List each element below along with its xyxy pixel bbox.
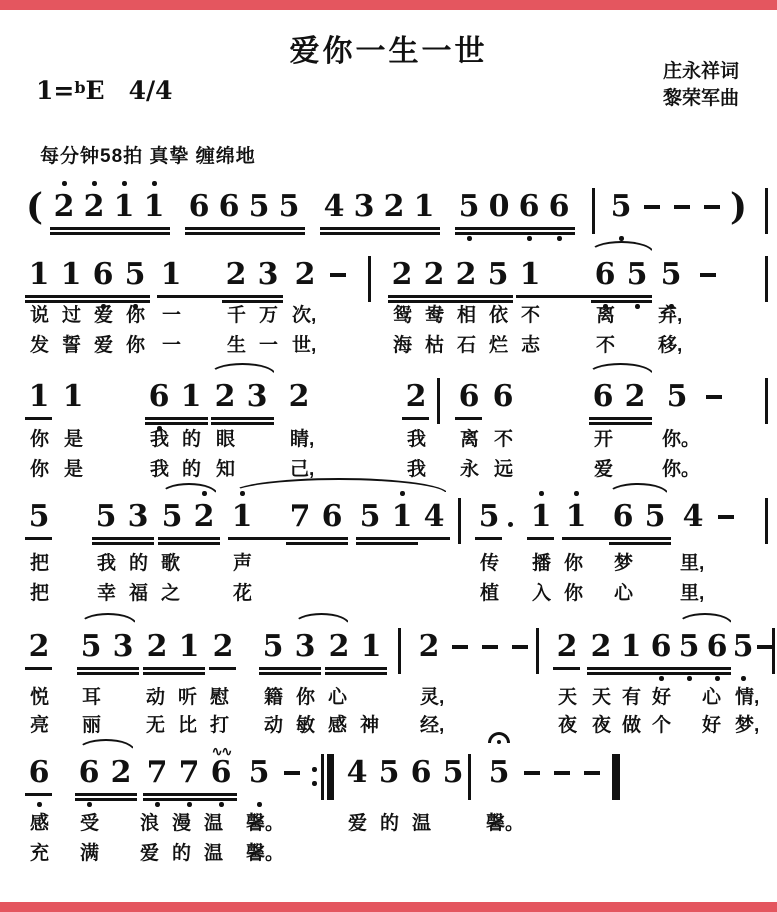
lyric-syllable: 爱 [94, 300, 113, 327]
beam-line [143, 672, 205, 675]
note-digit: 5 [623, 258, 651, 292]
lyric-syllable: 天 [592, 682, 611, 709]
beam-line [157, 295, 283, 298]
lyric-syllable: 声 [233, 548, 252, 575]
note-digit: 6 [455, 380, 483, 414]
lyric-syllable: 的 [129, 548, 148, 575]
note-digit: 5 [121, 258, 149, 292]
note-digit: 5 [607, 190, 635, 224]
note-digit: 1 [110, 190, 138, 224]
repeat-sign-part [321, 754, 324, 800]
lyric-syllable: 比 [178, 710, 197, 737]
note-digit: 6 [647, 630, 675, 664]
lyric-syllable: 梦 [614, 548, 633, 575]
note-digit: 5 [158, 500, 186, 534]
lyric-syllable: 天 [558, 682, 577, 709]
octave-dot-low [557, 236, 562, 241]
intro-parenthesis: ( [26, 186, 43, 228]
note-digit: 6∿∿ [207, 756, 235, 790]
time-signature: 4/4 [129, 76, 173, 105]
lyric-syllable: 不 [521, 300, 540, 327]
beam-line [50, 232, 170, 235]
beam-line [92, 542, 154, 545]
beam-line [145, 417, 208, 420]
barline [765, 498, 768, 544]
final-barline [612, 754, 620, 800]
beam-line [25, 417, 52, 420]
lyric-syllable: 之 [161, 578, 180, 605]
duration-dash [706, 395, 722, 399]
lyric-syllable: 经, [420, 710, 444, 737]
octave-dot-low [635, 304, 640, 309]
octave-dot-low [687, 676, 692, 681]
key-signature: 1=bE4/4 [36, 76, 173, 105]
beam-line [647, 672, 731, 675]
octave-dot-low [715, 676, 720, 681]
duration-dash [330, 273, 346, 277]
note-digit: 5 [92, 500, 120, 534]
note-digit: 2 [209, 630, 237, 664]
lyric-syllable: 爱 [140, 838, 159, 865]
note-digit: 4 [320, 190, 348, 224]
barline [765, 188, 768, 234]
octave-dot-low [257, 802, 262, 807]
lyric-syllable: 感 [30, 808, 49, 835]
lyric-syllable: 温 [412, 808, 431, 835]
note-digit: 5 [439, 756, 467, 790]
octave-dot-low [219, 802, 224, 807]
lyric-syllable: 生 [227, 330, 246, 357]
lyric-syllable: 万 [259, 300, 278, 327]
note-digit: 6 [318, 500, 346, 534]
octave-dot-low [527, 236, 532, 241]
barline [536, 628, 539, 674]
note-digit: 2 [211, 380, 239, 414]
lyric-syllable: 动 [146, 682, 165, 709]
lyric-syllable: 夜 [592, 710, 611, 737]
lyric-syllable: 你 [30, 424, 49, 451]
beam-line [516, 295, 652, 298]
lyric-syllable: 温 [204, 808, 223, 835]
lyric-syllable: 你 [564, 548, 583, 575]
lyric-syllable: 入 [532, 578, 551, 605]
lyric-syllable: 过 [62, 300, 81, 327]
beam-line [143, 667, 205, 670]
beam-line [77, 672, 139, 675]
beam-line [25, 667, 52, 670]
lyric-syllable: 离 [460, 424, 479, 451]
note-digit: 3 [254, 258, 282, 292]
note-digit: 6 [515, 190, 543, 224]
lyric-syllable: 是 [64, 454, 83, 481]
lyric-syllable: 做 [622, 710, 641, 737]
key-prefix: 1= [36, 76, 74, 105]
lyric-syllable: 植 [480, 578, 499, 605]
note-digit: 2 [190, 500, 218, 534]
octave-dot-low [467, 236, 472, 241]
barline [592, 188, 595, 234]
note-digit: 1 [562, 500, 590, 534]
lyric-syllable: 的 [380, 808, 399, 835]
beam-line [143, 793, 237, 796]
note-digit: 2 [388, 258, 416, 292]
lyric-syllable: 神 [360, 710, 379, 737]
lyric-syllable: 个 [652, 710, 671, 737]
note-digit: 2 [80, 190, 108, 224]
lyric-syllable: 馨。 [246, 808, 284, 835]
lyric-syllable: 烂 [489, 330, 508, 357]
lyric-syllable: 不 [596, 330, 615, 357]
repeat-sign-part [312, 781, 317, 786]
note-digit: 1 [228, 500, 256, 534]
lyric-syllable: 敏 [296, 710, 315, 737]
lyric-syllable: 感 [328, 710, 347, 737]
barline [765, 378, 768, 424]
lyric-syllable: 福 [129, 578, 148, 605]
octave-dot-low [37, 802, 42, 807]
lyric-syllable: 眼 [216, 424, 235, 451]
beam-line [587, 667, 647, 670]
lyric-syllable: 依 [489, 300, 508, 327]
note-digit: 6 [609, 500, 637, 534]
note-digit: 3 [124, 500, 152, 534]
octave-dot-low [187, 802, 192, 807]
lyric-syllable: 把 [30, 578, 49, 605]
lyric-syllable: 你。 [662, 424, 700, 451]
lyric-syllable: 移, [658, 330, 682, 357]
octave-dot-high [574, 491, 579, 496]
lyric-syllable: 相 [457, 300, 476, 327]
note-digit: 2 [621, 380, 649, 414]
note-digit: 5 [25, 500, 53, 534]
note-digit: 2 [285, 380, 313, 414]
lyric-syllable: 心 [702, 682, 721, 709]
note-digit: 5 [245, 190, 273, 224]
lyric-syllable: 满 [80, 838, 99, 865]
note-digit: 2 [107, 756, 135, 790]
beam-line [158, 537, 220, 540]
note-digit: 5 [485, 756, 513, 790]
note-digit: 2 [222, 258, 250, 292]
beam-line [77, 667, 139, 670]
note-digit: 6 [703, 630, 731, 664]
lyric-syllable: 心 [614, 578, 633, 605]
note-digit: 5 [77, 630, 105, 664]
lyric-syllable: 知 [216, 454, 235, 481]
slur-arc [587, 363, 654, 375]
note-digit: 1 [59, 380, 87, 414]
slur-arc [209, 363, 276, 375]
lyric-syllable: 籍 [264, 682, 283, 709]
note-digit: 1 [57, 258, 85, 292]
lyric-syllable: 幸 [97, 578, 116, 605]
lyric-syllable: 灵, [420, 682, 444, 709]
beam-line [185, 227, 305, 230]
lyric-syllable: 充 [30, 838, 49, 865]
duration-dash [718, 515, 734, 519]
lyric-syllable: 无 [146, 710, 165, 737]
lyric-syllable: 歌 [161, 548, 180, 575]
lyric-syllable: 爱 [94, 330, 113, 357]
beam-line [562, 537, 671, 540]
note-digit: 6 [545, 190, 573, 224]
duration-dash [524, 771, 540, 775]
octave-dot-low [659, 676, 664, 681]
duration-dash [452, 645, 468, 649]
augmentation-dot [508, 522, 513, 527]
note-digit: 5 [455, 190, 483, 224]
lyric-syllable: 梦, [735, 710, 759, 737]
lyric-syllable: 誓 [62, 330, 81, 357]
lyric-syllable: 好 [652, 682, 671, 709]
note-digit: 2 [380, 190, 408, 224]
beam-line [455, 232, 575, 235]
note-digit: 5 [375, 756, 403, 790]
note-digit: 3 [350, 190, 378, 224]
note-digit: 1 [140, 190, 168, 224]
beam-line [609, 542, 671, 545]
note-digit: 6 [215, 190, 243, 224]
note-digit: 1 [516, 258, 544, 292]
duration-dash [284, 771, 300, 775]
note-digit: 1 [527, 500, 555, 534]
note-digit: 2 [143, 630, 171, 664]
lyric-syllable: 志 [521, 330, 540, 357]
beam-line [356, 542, 418, 545]
beam-line [320, 227, 440, 230]
lyric-syllable: 漫 [172, 808, 191, 835]
lyric-syllable: 鸳 [393, 300, 412, 327]
note-digit: 6 [145, 380, 173, 414]
note-digit: 1 [25, 258, 53, 292]
note-digit: 2 [420, 258, 448, 292]
duration-dash [700, 273, 716, 277]
lyric-syllable: 听 [178, 682, 197, 709]
lyric-syllable: 己, [290, 454, 314, 481]
beam-line [75, 798, 137, 801]
beam-line [228, 537, 348, 540]
note-digit: 2 [452, 258, 480, 292]
note-digit: 7 [286, 500, 314, 534]
lyric-syllable: 一 [259, 330, 278, 357]
note-digit: 5 [356, 500, 384, 534]
lyric-syllable: 发 [30, 330, 49, 357]
lyric-syllable: 传 [480, 548, 499, 575]
duration-dash [704, 205, 720, 209]
beam-line [647, 667, 731, 670]
beam-line [209, 667, 236, 670]
lyric-syllable: 次, [292, 300, 316, 327]
lyric-syllable: 你 [564, 578, 583, 605]
lyric-syllable: 枯 [425, 330, 444, 357]
lyric-syllable: 一 [162, 300, 181, 327]
lyric-syllable: 你 [126, 330, 145, 357]
beam-line [325, 672, 387, 675]
barline [398, 628, 401, 674]
slur-arc [79, 613, 137, 625]
beam-line [75, 793, 137, 796]
slur-arc [589, 241, 654, 253]
duration-dash [584, 771, 600, 775]
note-digit: 6 [25, 756, 53, 790]
octave-dot-high [400, 491, 405, 496]
lyric-syllable: 是 [64, 424, 83, 451]
octave-dot-high [92, 181, 97, 186]
note-digit: 6 [489, 380, 517, 414]
beam-line [25, 793, 52, 796]
note-digit: 3 [109, 630, 137, 664]
lyric-syllable: 你 [30, 454, 49, 481]
note-digit: 5 [641, 500, 669, 534]
note-digit: 5 [259, 630, 287, 664]
barline [458, 498, 461, 544]
lyric-syllable: 不 [494, 424, 513, 451]
duration-dash [482, 645, 498, 649]
lyric-syllable: 里, [680, 578, 704, 605]
note-digit: 1 [157, 258, 185, 292]
note-digit: 2 [25, 630, 53, 664]
slur-arc [77, 739, 135, 751]
note-digit: 2 [553, 630, 581, 664]
note-digit: 1 [177, 380, 205, 414]
lyric-syllable: 我 [97, 548, 116, 575]
lyric-syllable: 有 [622, 682, 641, 709]
slur-arc [677, 613, 733, 625]
composer-credit: 黎荣军曲 [663, 85, 739, 112]
lyric-syllable: 里, [680, 548, 704, 575]
note-digit: 2 [587, 630, 615, 664]
note-digit: 5 [663, 380, 691, 414]
beam-line [320, 232, 440, 235]
credits: 庄永祥词 黎荣军曲 [663, 58, 739, 112]
lyric-syllable: 开 [594, 424, 613, 451]
note-digit: 1 [175, 630, 203, 664]
beam-line [185, 232, 305, 235]
octave-dot-high [152, 181, 157, 186]
song-title: 爱你一生一世 [0, 26, 777, 70]
note-digit: 1 [357, 630, 385, 664]
lyric-syllable: 石 [457, 330, 476, 357]
barline [368, 256, 371, 302]
note-digit: 3 [291, 630, 319, 664]
lyric-syllable: 你。 [662, 454, 700, 481]
beam-line [455, 417, 482, 420]
duration-dash [757, 645, 773, 649]
beam-line [587, 672, 647, 675]
beam-line [325, 667, 387, 670]
note-digit: 5 [729, 630, 757, 664]
beam-line [527, 537, 554, 540]
lyric-syllable: 的 [182, 424, 201, 451]
note-digit: 2 [415, 630, 443, 664]
octave-dot-low [155, 802, 160, 807]
lyric-syllable: 浪 [140, 808, 159, 835]
beam-line [475, 537, 502, 540]
lyric-syllable: 馨。 [486, 808, 524, 835]
octave-dot-low [741, 676, 746, 681]
lyric-syllable: 一 [162, 330, 181, 357]
slur-arc [607, 483, 669, 495]
sheet-music-page: 爱你一生一世 庄永祥词 黎荣军曲 1=bE4/4 每分钟58拍 真挚 缠绵地 (… [0, 0, 777, 912]
lyric-syllable: 夜 [558, 710, 577, 737]
note-digit: 1 [25, 380, 53, 414]
note-digit: 6 [591, 258, 619, 292]
beam-line [25, 537, 52, 540]
note-digit: 7 [175, 756, 203, 790]
lyric-syllable: 心 [328, 682, 347, 709]
note-digit: 5 [657, 258, 685, 292]
barline [437, 378, 440, 424]
lyric-syllable: 馨。 [246, 838, 284, 865]
top-border-bar [0, 0, 777, 10]
beam-line [92, 537, 154, 540]
lyric-syllable: 爱 [594, 454, 613, 481]
lyric-syllable: 你 [296, 682, 315, 709]
note-digit: 6 [185, 190, 213, 224]
lyric-syllable: 亮 [30, 710, 49, 737]
note-digit: 1 [617, 630, 645, 664]
barline [468, 754, 471, 800]
beam-line [143, 798, 237, 801]
lyric-syllable: 永 [460, 454, 479, 481]
beam-line [286, 542, 348, 545]
octave-dot-high [539, 491, 544, 496]
note-digit: 4 [420, 500, 448, 534]
beam-line [259, 667, 321, 670]
lyric-syllable: 好 [702, 710, 721, 737]
lyric-syllable: 你 [126, 300, 145, 327]
lyric-syllable: 播 [532, 548, 551, 575]
note-digit: 6 [589, 380, 617, 414]
note-digit: 4 [679, 500, 707, 534]
bottom-border-bar [0, 902, 777, 912]
beam-line [259, 672, 321, 675]
octave-dot-high [202, 491, 207, 496]
octave-dot-high [62, 181, 67, 186]
lyric-syllable: 我 [407, 454, 426, 481]
beam-line [356, 537, 450, 540]
duration-dash [674, 205, 690, 209]
beam-line [158, 542, 220, 545]
note-digit: 2 [325, 630, 353, 664]
lyric-syllable: 受 [80, 808, 99, 835]
tempo-marking: 每分钟58拍 真挚 缠绵地 [40, 141, 256, 168]
key-note: E [86, 76, 105, 105]
lyric-syllable: 离 [596, 300, 615, 327]
duration-dash [554, 771, 570, 775]
lyric-syllable: 睛, [290, 424, 314, 451]
lyric-syllable: 海 [393, 330, 412, 357]
repeat-sign-part [327, 754, 334, 800]
lyric-syllable: 把 [30, 548, 49, 575]
duration-dash [644, 205, 660, 209]
lyric-syllable: 打 [210, 710, 229, 737]
octave-dot-high [240, 491, 245, 496]
lyric-syllable: 千 [227, 300, 246, 327]
note-digit: 2 [291, 258, 319, 292]
lyric-syllable: 丽 [82, 710, 101, 737]
slur-arc [293, 613, 350, 625]
lyric-syllable: 的 [172, 838, 191, 865]
note-digit: 6 [89, 258, 117, 292]
lyric-syllable: 我 [150, 424, 169, 451]
lyric-syllable: 我 [407, 424, 426, 451]
note-digit: 3 [243, 380, 271, 414]
note-digit: 4 [343, 756, 371, 790]
lyric-syllable: 远 [494, 454, 513, 481]
flat-symbol: b [74, 78, 85, 97]
lyric-syllable: 慰 [210, 682, 229, 709]
